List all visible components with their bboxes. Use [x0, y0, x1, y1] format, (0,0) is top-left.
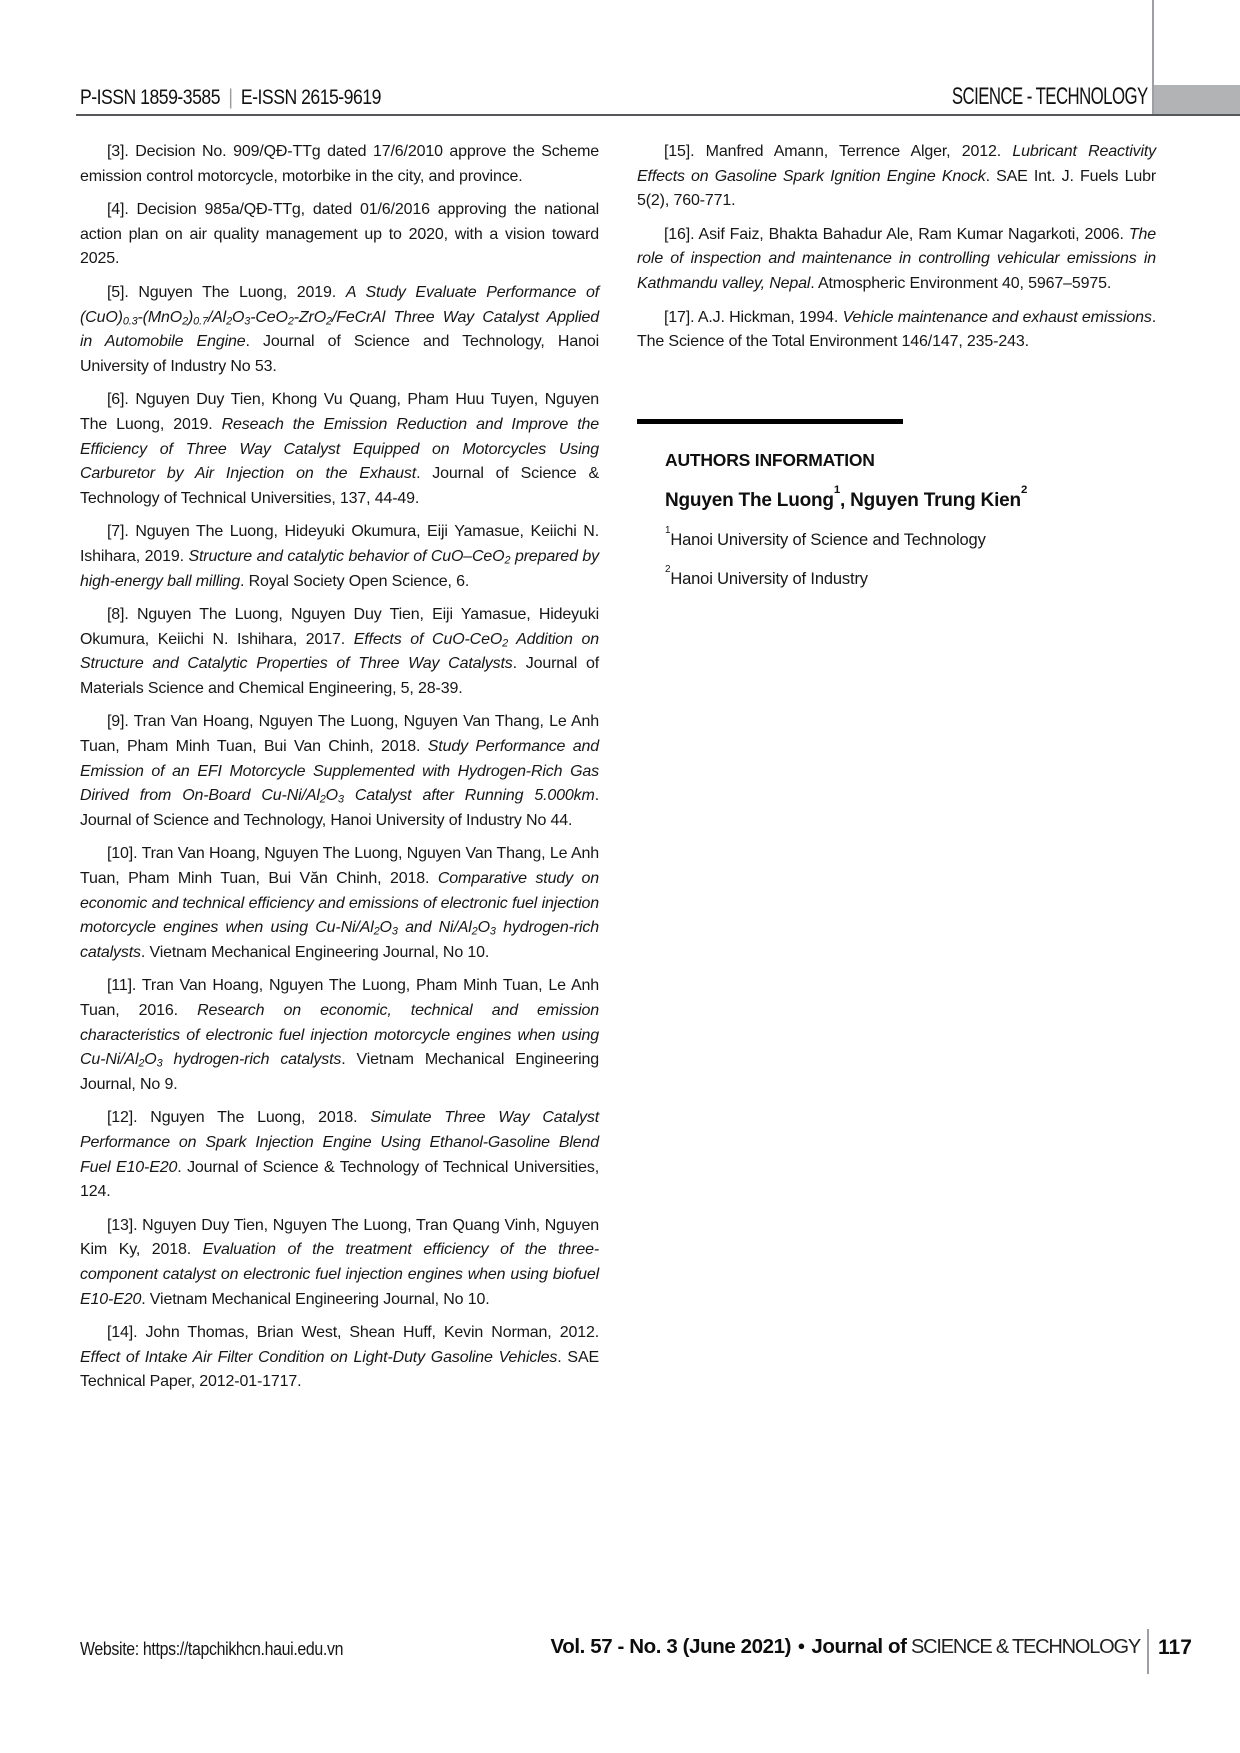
ref-title-segment: -CeO: [250, 309, 288, 326]
ref-title-segment: -ZrO: [294, 309, 326, 326]
footer-website-link: Website: https://tapchikhcn.haui.edu.vn: [80, 1638, 343, 1660]
ref-title-segment: O: [144, 1051, 156, 1068]
e-issn-label: E-ISSN 2615-9619: [241, 86, 381, 109]
ref-title-segment: and Ni/Al: [398, 919, 472, 936]
footer-volume: Vol. 57 - No. 3 (June 2021): [550, 1635, 791, 1658]
reference-entry: [9]. Tran Van Hoang, Nguyen The Luong, N…: [80, 710, 599, 833]
affiliation-text-1: Hanoi University of Science and Technolo…: [670, 531, 985, 549]
corner-gray-block: [1154, 85, 1240, 114]
references-column-left: [3]. Decision No. 909/QĐ-TTg dated 17/6/…: [80, 140, 599, 1404]
author-sup-1: 1: [834, 484, 840, 496]
affiliation-sup-1: 1: [665, 525, 670, 536]
author-name-1: Nguyen The Luong: [665, 490, 834, 511]
author-name-2: Nguyen Trung Kien: [850, 490, 1021, 511]
footer-journal-of: Journal of: [811, 1635, 906, 1658]
footer-journal-name: SCIENCE & TECHNOLOGY: [911, 1636, 1140, 1658]
header-separator: |: [220, 86, 241, 109]
header-rule: [76, 114, 1240, 116]
authors-information-section: AUTHORS INFORMATION Nguyen The Luong1, N…: [637, 419, 1156, 591]
p-issn-label: P-ISSN 1859-3585: [80, 86, 220, 109]
reference-entry: [11]. Tran Van Hoang, Nguyen The Luong, …: [80, 974, 599, 1097]
ref-text-segment: [17]. A.J. Hickman, 1994.: [664, 309, 843, 326]
ref-text-segment: . Vietnam Mechanical Engineering Journal…: [141, 944, 489, 961]
journal-page: P-ISSN 1859-3585|E-ISSN 2615-9619 SCIENC…: [0, 0, 1240, 1753]
reference-entry: [4]. Decision 985a/QĐ-TTg, dated 01/6/20…: [80, 198, 599, 272]
affiliation-1: 1Hanoi University of Science and Technol…: [665, 528, 1156, 553]
reference-entry: [10]. Tran Van Hoang, Nguyen The Luong, …: [80, 842, 599, 965]
reference-entry: [14]. John Thomas, Brian West, Shean Huf…: [80, 1321, 599, 1395]
ref-text-segment: [14]. John Thomas, Brian West, Shean Huf…: [107, 1324, 599, 1341]
ref-text-segment: . Atmospheric Environment 40, 5967–5975.: [810, 275, 1111, 292]
ref-text-segment: [4]. Decision 985a/QĐ-TTg, dated 01/6/20…: [80, 201, 599, 267]
ref-title-segment: /Al: [208, 309, 226, 326]
reference-entry: [3]. Decision No. 909/QĐ-TTg dated 17/6/…: [80, 140, 599, 189]
ref-title-segment: hydrogen-rich catalysts: [162, 1051, 341, 1068]
ref-subscript: 0.7: [193, 315, 208, 327]
reference-entry: [12]. Nguyen The Luong, 2018. Simulate T…: [80, 1106, 599, 1204]
reference-entry: [8]. Nguyen The Luong, Nguyen Duy Tien, …: [80, 603, 599, 701]
section-label: SCIENCE - TECHNOLOGY: [952, 83, 1148, 111]
ref-text-segment: [3]. Decision No. 909/QĐ-TTg dated 17/6/…: [80, 143, 599, 185]
references-list-right: [15]. Manfred Amann, Terrence Alger, 201…: [637, 140, 1156, 355]
ref-title-segment: O: [232, 309, 244, 326]
affiliation-2: 2Hanoi University of Industry: [665, 567, 1156, 592]
ref-text-segment: [15]. Manfred Amann, Terrence Alger, 201…: [664, 143, 1012, 160]
authors-names: Nguyen The Luong1, Nguyen Trung Kien2: [665, 489, 1156, 514]
authors-rule: [637, 419, 903, 424]
ref-text-segment: [5]. Nguyen The Luong, 2019.: [107, 284, 346, 301]
ref-text-segment: . Royal Society Open Science, 6.: [240, 573, 469, 590]
ref-title-segment: Effect of Intake Air Filter Condition on…: [80, 1349, 557, 1366]
reference-entry: [6]. Nguyen Duy Tien, Khong Vu Quang, Ph…: [80, 388, 599, 511]
ref-subscript: 0.3: [123, 315, 138, 327]
reference-entry: [15]. Manfred Amann, Terrence Alger, 201…: [637, 140, 1156, 214]
ref-title-segment: Effects of CuO-CeO: [354, 631, 502, 648]
ref-text-segment: [12]. Nguyen The Luong, 2018.: [107, 1109, 370, 1126]
reference-entry: [17]. A.J. Hickman, 1994. Vehicle mainte…: [637, 306, 1156, 355]
reference-entry: [5]. Nguyen The Luong, 2019. A Study Eva…: [80, 281, 599, 379]
header-issn: P-ISSN 1859-3585|E-ISSN 2615-9619: [80, 86, 381, 110]
reference-entry: [13]. Nguyen Duy Tien, Nguyen The Luong,…: [80, 1214, 599, 1312]
ref-title-segment: O: [326, 787, 338, 804]
footer-journal-info: Vol. 57 - No. 3 (June 2021) ● Journal of…: [550, 1635, 1140, 1659]
footer-bullet-icon: ●: [796, 1638, 807, 1653]
ref-text-segment: . Vietnam Mechanical Engineering Journal…: [141, 1291, 489, 1308]
references-column-right: [15]. Manfred Amann, Terrence Alger, 201…: [637, 140, 1156, 591]
reference-entry: [7]. Nguyen The Luong, Hideyuki Okumura,…: [80, 520, 599, 594]
footer-separator-line: [1147, 1629, 1149, 1674]
affiliation-sup-2: 2: [665, 564, 670, 575]
ref-text-segment: [16]. Asif Faiz, Bhakta Bahadur Ale, Ram…: [664, 226, 1129, 243]
ref-title-segment: O: [478, 919, 490, 936]
reference-entry: [16]. Asif Faiz, Bhakta Bahadur Ale, Ram…: [637, 223, 1156, 297]
author-separator: ,: [840, 490, 850, 511]
page-number: 117: [1158, 1636, 1192, 1660]
ref-title-segment: Vehicle maintenance and exhaust emission…: [843, 309, 1152, 326]
ref-title-segment: Catalyst after Running 5.000km: [344, 787, 595, 804]
ref-title-segment: -(MnO: [137, 309, 182, 326]
ref-title-segment: O: [380, 919, 392, 936]
affiliation-text-2: Hanoi University of Industry: [670, 570, 868, 588]
authors-heading: AUTHORS INFORMATION: [665, 448, 1156, 473]
ref-title-segment: Structure and catalytic behavior of CuO–…: [188, 548, 504, 565]
author-sup-2: 2: [1021, 484, 1027, 496]
authors-body: AUTHORS INFORMATION Nguyen The Luong1, N…: [637, 448, 1156, 591]
